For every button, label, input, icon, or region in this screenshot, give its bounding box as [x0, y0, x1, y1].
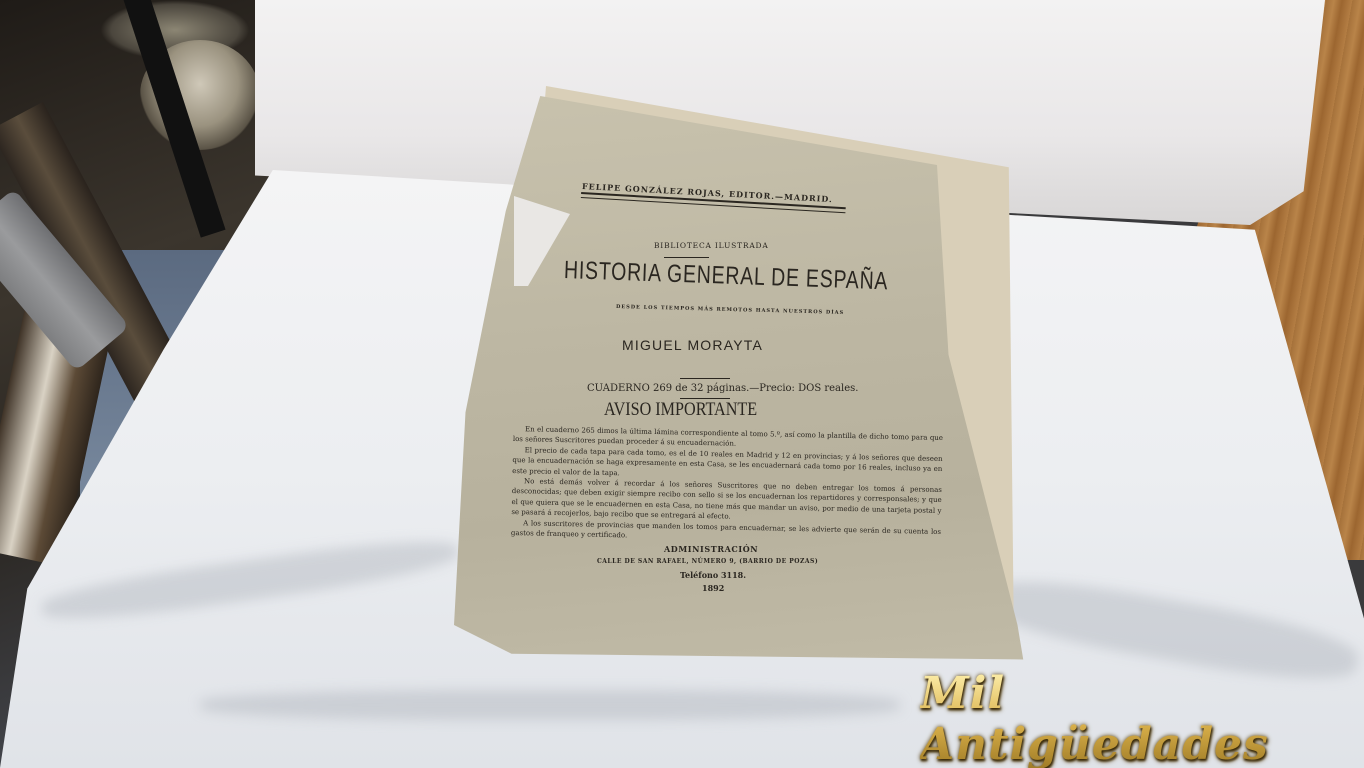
issue-line: CUADERNO 269 de 32 páginas.—Precio: DOS … — [587, 383, 858, 394]
photo-scene: FELIPE GONZÁLEZ ROJAS, EDITOR.—MADRID. B… — [0, 0, 1364, 768]
series-name: BIBLIOTECA ILUSTRADA — [654, 241, 769, 250]
antique-booklet: FELIPE GONZÁLEZ ROJAS, EDITOR.—MADRID. B… — [454, 86, 1034, 676]
address-line: CALLE DE SAN RAFAEL, NÚMERO 9, (BARRIO D… — [597, 558, 818, 565]
document-subtitle: DESDE LOS TIEMPOS MÁS REMOTOS HASTA NUES… — [616, 304, 844, 316]
watermark-logo: Mil Antigüedades — [920, 668, 1364, 768]
notice-heading: AVISO IMPORTANTE — [604, 399, 757, 421]
divider — [680, 378, 730, 379]
administration-label: ADMINISTRACIÓN — [664, 544, 758, 554]
year: 1892 — [702, 583, 724, 593]
phone-line: Teléfono 3118. — [680, 570, 746, 580]
divider — [664, 257, 709, 258]
cloth-fold — [200, 690, 900, 720]
author-name: MIGUEL MORAYTA — [622, 337, 763, 353]
notice-body: En el cuaderno 265 dimos la última lámin… — [511, 424, 943, 547]
document-title: HISTORIA GENERAL DE ESPAÑA — [563, 256, 888, 296]
